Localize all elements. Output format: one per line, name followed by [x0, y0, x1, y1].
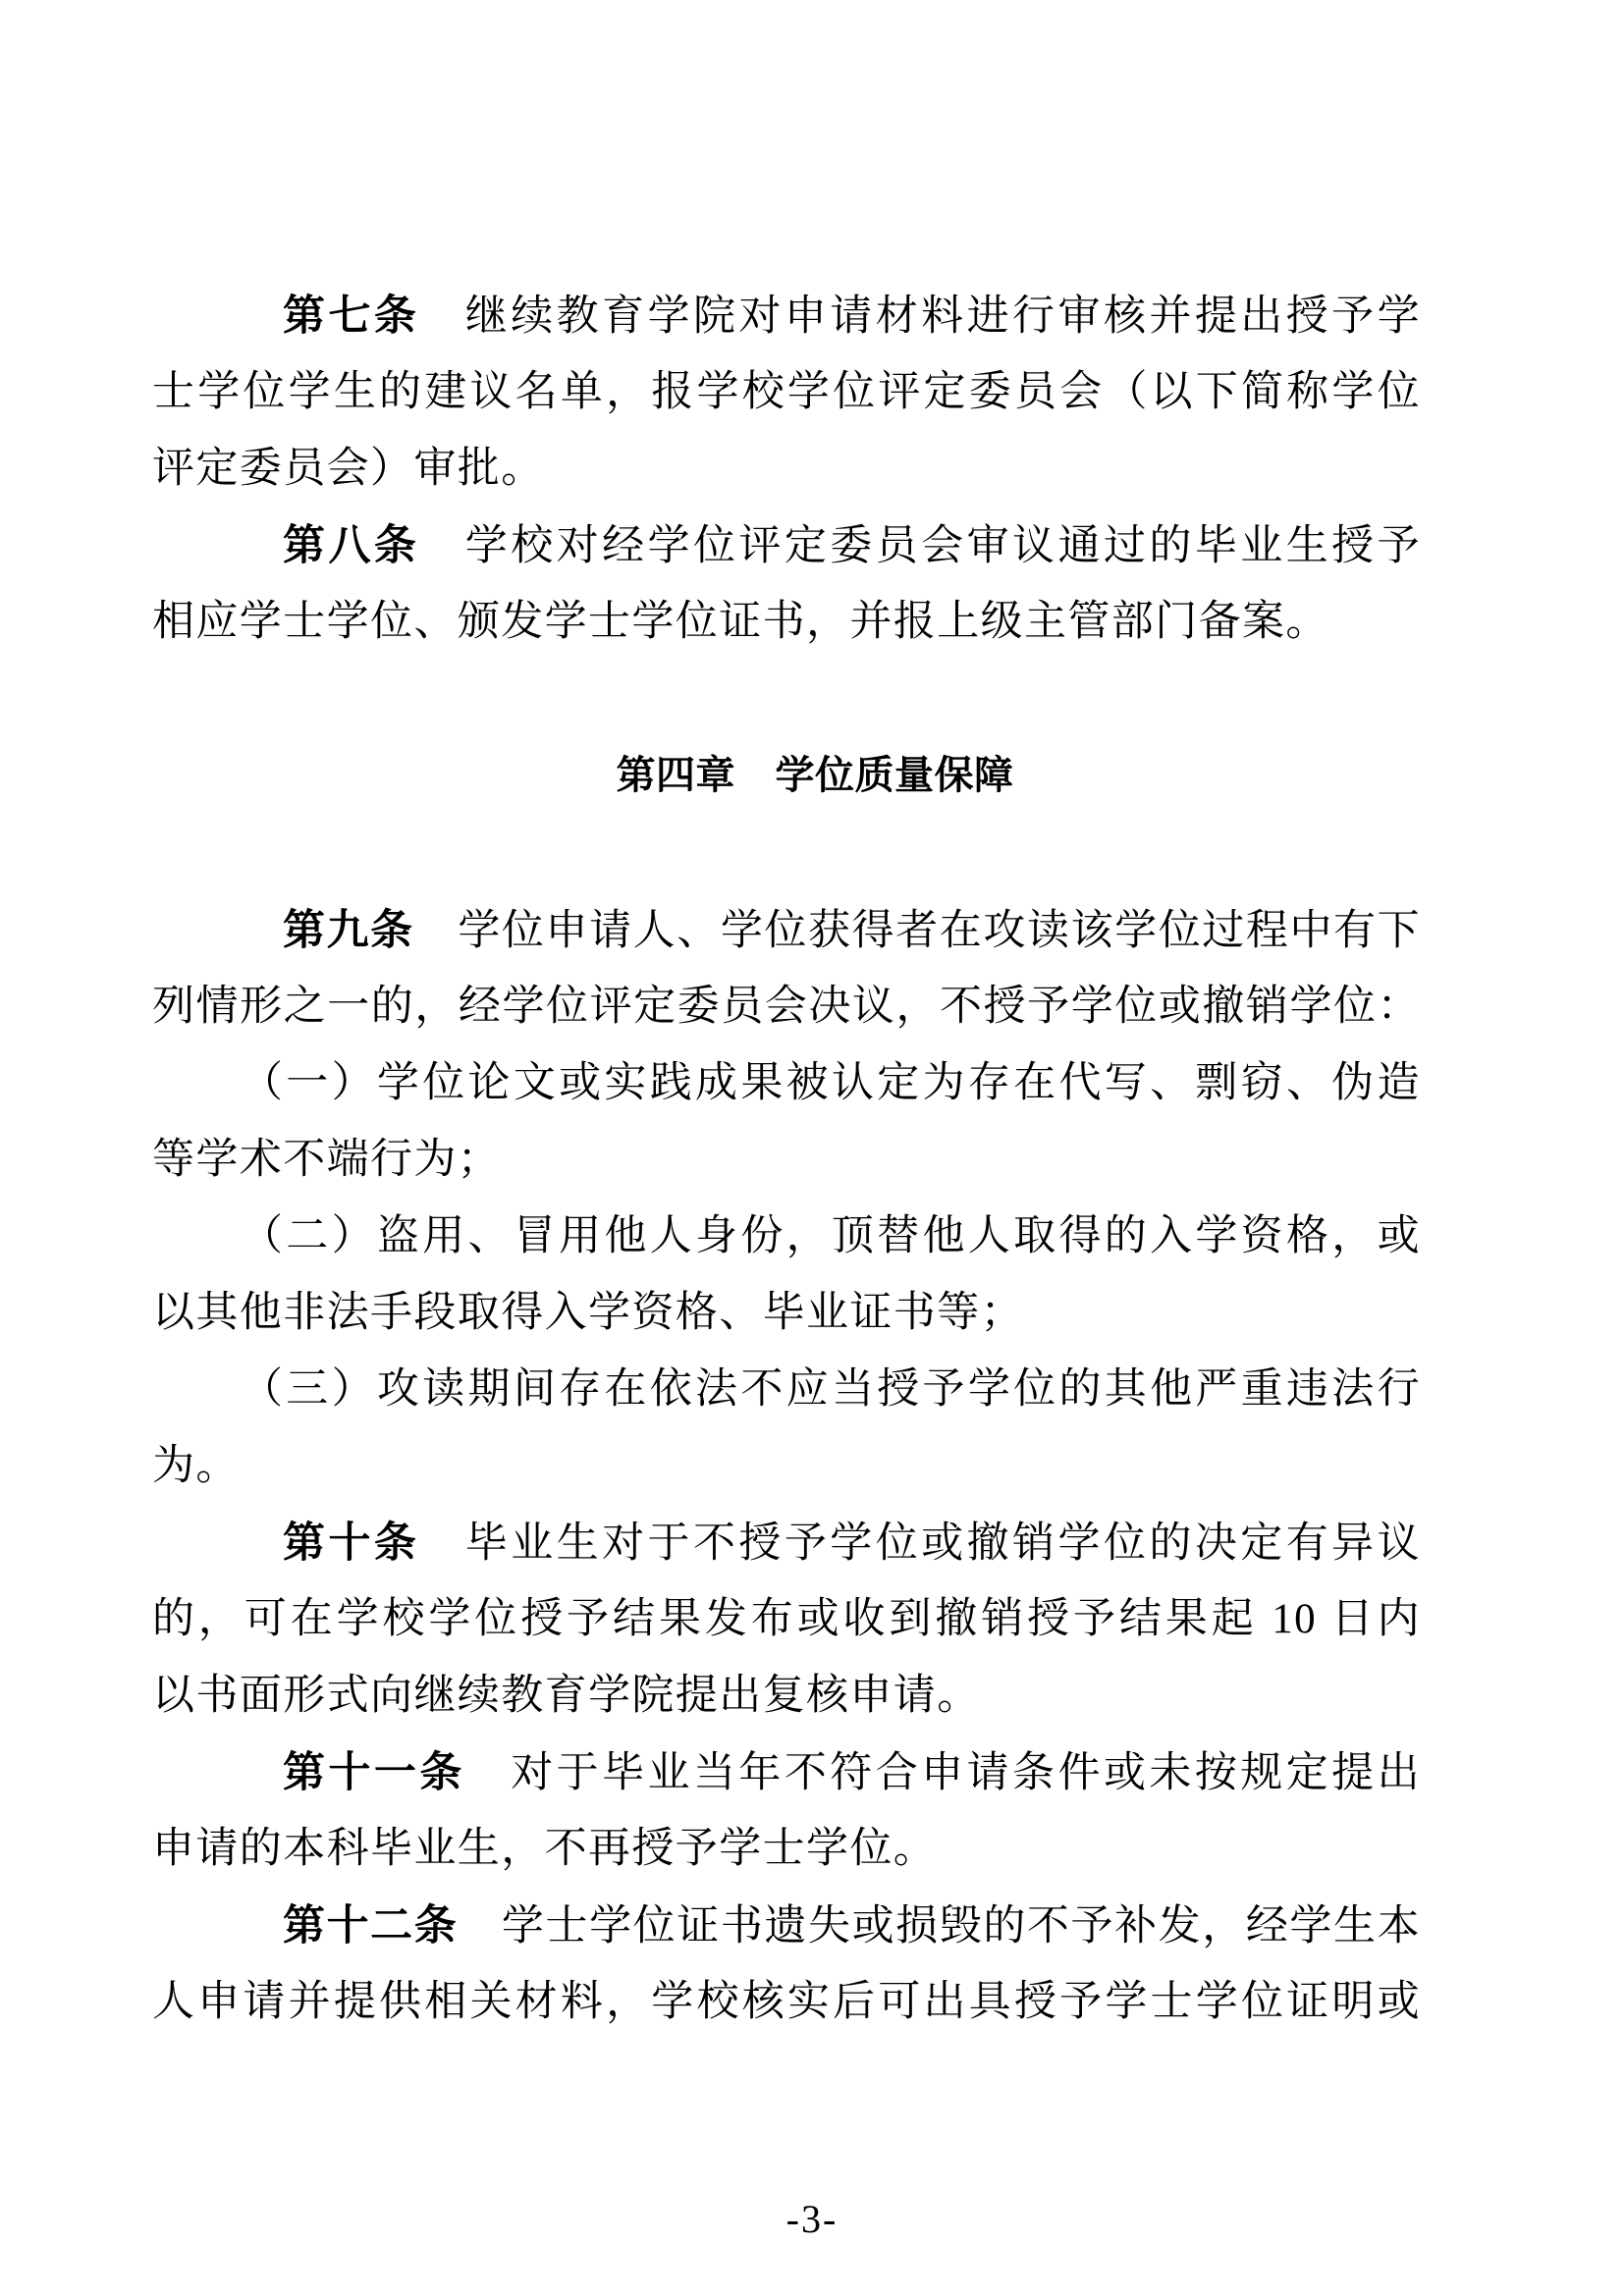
body-text-line: 等学术不端行为； [152, 1122, 1421, 1199]
body-text-line: 为。 [152, 1428, 1421, 1505]
body-text-line: 申请的本科毕业生，不再授予学士学位。 [152, 1811, 1421, 1888]
article-number: 第九条 [283, 907, 414, 954]
body-text-line: （二）盗用、冒用他人身份，顶替他人取得的入学资格，或 [152, 1199, 1421, 1275]
body-text-line: 人申请并提供相关材料，学校核实后可出具授予学士学位证明或 [152, 1964, 1421, 2041]
article-line: 第十一条 对于毕业当年不符合申请条件或未按规定提出 [152, 1735, 1421, 1811]
document-page: 第七条 继续教育学院对申请材料进行审核并提出授予学士学位学生的建议名单，报学校学… [0, 0, 1624, 2296]
body-text-line: 士学位学生的建议名单，报学校学位评定委员会（以下简称学位 [152, 354, 1421, 431]
body-text-line: 列情形之一的，经学位评定委员会决议，不授予学位或撤销学位： [152, 969, 1421, 1045]
body-text-line: （一）学位论文或实践成果被认定为存在代写、剽窃、伪造 [152, 1045, 1421, 1122]
article-number: 第十条 [283, 1520, 419, 1567]
body-text-line: 评定委员会）审批。 [152, 431, 1421, 507]
body-text-line: （三）攻读期间存在依法不应当授予学位的其他严重违法行 [152, 1352, 1421, 1428]
body-text-line: 以其他非法手段取得入学资格、毕业证书等； [152, 1275, 1421, 1352]
body-text-line: 相应学士学位、颁发学士学位证书，并报上级主管部门备案。 [152, 584, 1421, 661]
document-body: 第七条 继续教育学院对申请材料进行审核并提出授予学士学位学生的建议名单，报学校学… [152, 278, 1421, 2041]
article-number: 第十二条 [283, 1902, 458, 1949]
article-line: 第八条 学校对经学位评定委员会审议通过的毕业生授予 [152, 507, 1421, 584]
article-line: 第十条 毕业生对于不授予学位或撤销学位的决定有异议 [152, 1505, 1421, 1581]
body-text-line: 以书面形式向继续教育学院提出复核申请。 [152, 1658, 1421, 1735]
article-line: 第九条 学位申请人、学位获得者在攻读该学位过程中有下 [152, 892, 1421, 969]
article-line: 第十二条 学士学位证书遗失或损毁的不予补发，经学生本 [152, 1888, 1421, 1964]
chapter-heading: 第四章 学位质量保障 [181, 737, 1449, 814]
body-text-line: 的，可在学校学位授予结果发布或收到撤销授予结果起 10 日内 [152, 1581, 1421, 1658]
article-number: 第八条 [283, 522, 419, 569]
page-number: -3- [0, 2181, 1624, 2258]
article-line: 第七条 继续教育学院对申请材料进行审核并提出授予学 [152, 278, 1421, 354]
article-number: 第十一条 [283, 1749, 465, 1796]
article-number: 第七条 [283, 293, 419, 340]
